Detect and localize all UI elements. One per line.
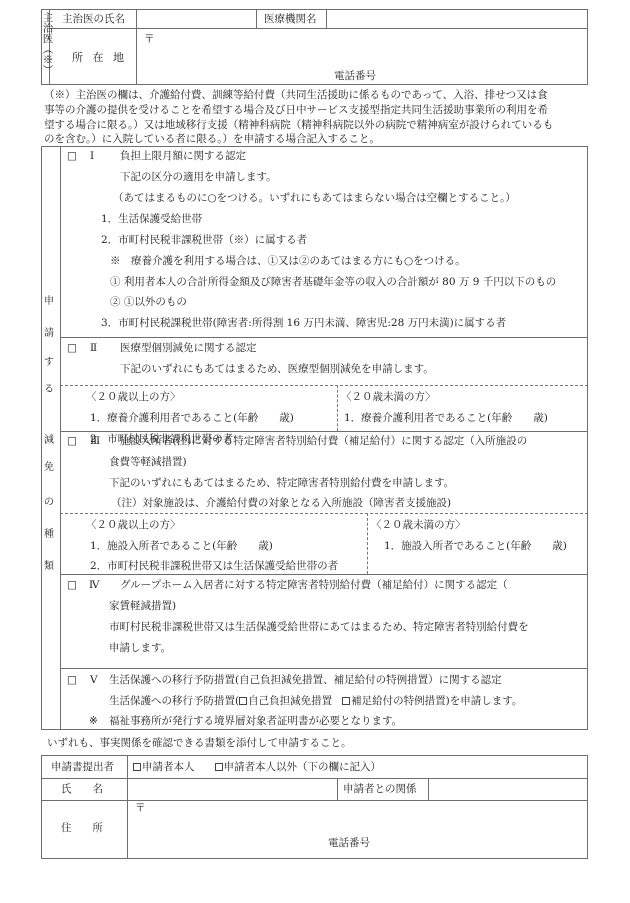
side-char: る [44, 385, 54, 395]
section-2-title: 医療型個別減免に関する認定 [120, 343, 257, 354]
side-char: 類 [44, 562, 54, 572]
section-4-line: 市町村民税非課税世帯又は生活保護受給世帯にあてはまるため、特定障害者特別給付費を [109, 622, 529, 633]
section-5-checkbox[interactable]: □ [67, 675, 77, 686]
divider [256, 9, 257, 28]
institution-label: 医療機関名 [264, 14, 317, 25]
doctor-name-label: 主治医の氏名 [62, 14, 125, 25]
institution-field[interactable] [327, 10, 587, 27]
option-supplement-label: 補足給付の特例措置 [351, 695, 446, 707]
submitter-self-label: 申請者本人 [142, 761, 195, 773]
submitter-address-field[interactable] [128, 801, 587, 858]
submitter-name-label: 氏 名 [61, 784, 103, 795]
section-4-title: グループホーム入居者に対する特定障害者特別給付費（補足給付）に関する認定（ [120, 580, 508, 591]
doctor-note-line: 望する場合に限る。）又は地域移行支援（精神科病院（精神科病院以外の病院で精神病室… [44, 120, 553, 131]
section-3-title: 施設入所者(注)に対する特定障害者特別給付費（補足給付）に関する認定（入所施設の [120, 436, 527, 447]
section-1-option-2[interactable]: 2．市町村民税非課税世帯（※）に属する者 [101, 235, 307, 246]
divider [60, 146, 61, 730]
section-3-line: 下記のいずれにもあてはまるため、特定障害者特別給付費を申請します。 [109, 478, 454, 489]
side-char: す [44, 358, 54, 368]
section-1-checkbox[interactable]: □ [67, 151, 77, 162]
section-3-checkbox[interactable]: □ [67, 436, 77, 447]
doctor-note-line: 事等の介護の提供を受けることを希望する場合及び日中サービス支援型指定共同生活援助… [44, 105, 548, 116]
doctor-phone-label: 電話番号 [334, 71, 376, 82]
side-char: 種 [44, 530, 54, 540]
section-1-line: 下記の区分の適用を申請します。 [120, 172, 277, 183]
side-char: の [44, 498, 54, 508]
postal-mark: 〒 [135, 803, 146, 814]
section-3-numeral: Ⅲ [90, 436, 100, 447]
section-1-line: （あてはまるものに○をつける。いずれにもあてはまらない場合は空欄とすること。） [113, 193, 516, 204]
dashed-divider [337, 385, 338, 431]
section-2-line: 下記のいずれにもあてはまるため、医療型個別減免を申請します。 [120, 364, 434, 375]
submitter-other-checkbox[interactable] [215, 763, 223, 771]
relation-field[interactable] [429, 779, 587, 799]
section-5-numeral: Ⅴ [90, 675, 98, 686]
doctor-side-label: 主治医（※） [42, 12, 53, 75]
section-3-left-item[interactable]: 1．施設入所者であること(年齢 歳) [90, 541, 273, 552]
divider [60, 337, 588, 338]
section-3-note: （注）対象施設は、介護給付費の対象となる入所施設（障害者支援施設) [111, 498, 451, 509]
section-1-suboption-1[interactable]: ① 利用者本人の合計所得金額及び障害者基礎年金等の収入の合計額が 80 万 9 … [110, 277, 556, 288]
side-char: 申 [44, 297, 54, 307]
section-3-left-heading: 〈２０歳以上の方〉 [86, 520, 181, 531]
dashed-divider [60, 385, 588, 386]
section-5-line-pre: 生活保護への移行予防措置( [109, 695, 239, 707]
relation-label: 申請者との関係 [343, 784, 417, 795]
dashed-divider [367, 513, 368, 574]
section-4-checkbox[interactable]: □ [67, 580, 77, 591]
section-2-right-item[interactable]: 1．療養介護利用者であること(年齢 歳) [344, 413, 548, 424]
section-3-left-item[interactable]: 2．市町村民税非課税世帯又は生活保護受給世帯の者 [90, 561, 338, 572]
section-5-title: 生活保護への移行予防措置(自己負担減免措置、補足給付の特例措置）に関する認定 [109, 675, 502, 686]
section-4-numeral: Ⅳ [89, 580, 100, 591]
section-5-note-mark: ※ [89, 716, 98, 727]
section-4-line: 申請します。 [109, 643, 171, 654]
section-3-right-item[interactable]: 1．施設入所者であること(年齢 歳) [384, 541, 567, 552]
section-2-left-heading: 〈２０歳以上の方〉 [86, 392, 181, 403]
section-3-right-heading: 〈２０歳未満の方〉 [371, 520, 466, 531]
side-char: 免 [44, 463, 54, 473]
submitter-self-checkbox[interactable] [133, 763, 141, 771]
divider [337, 778, 338, 800]
section-1-option-3[interactable]: 3．市町村民税課税世帯(障害者:所得割 16 万円未満、障害児:28 万円未満)… [101, 318, 506, 329]
side-char: 減 [44, 436, 54, 446]
section-3-title-cont: 食費等軽減措置) [109, 457, 187, 468]
option-self-burden-checkbox[interactable] [239, 697, 247, 705]
submitter-address-label: 住 所 [61, 823, 103, 834]
doctor-address-label: 所 在 地 [72, 52, 127, 63]
submitter-other-label: 申請者本人以外（下の欄に記入） [224, 761, 382, 773]
dashed-divider [60, 513, 588, 514]
side-char: 請 [44, 329, 54, 339]
option-supplement-checkbox[interactable] [342, 697, 350, 705]
postal-mark: 〒 [144, 34, 155, 45]
section-1-line: ※ 療養介護を利用する場合は、①又は②のあてはまる方にも○をつける。 [110, 256, 466, 267]
section-5-line-post: )を申請します。 [446, 695, 523, 707]
section-2-right-heading: 〈２０歳未満の方〉 [341, 392, 436, 403]
section-1-title: 負担上限月額に関する認定 [120, 151, 246, 162]
section-2-checkbox[interactable]: □ [67, 343, 77, 354]
section-2-numeral: Ⅱ [90, 343, 97, 354]
divider [60, 668, 588, 669]
section-4-title-cont: 家賃軽減措置) [109, 601, 176, 612]
divider [60, 574, 588, 575]
section-5-note: 福祉事務所が発行する境界層対象者証明書が必要となります。 [109, 716, 402, 727]
submitter-options: 申請者本人 申請者本人以外（下の欄に記入） [133, 762, 381, 773]
section-1-numeral: Ⅰ [90, 151, 94, 162]
doctor-note-line: （※）主治医の欄は、介護給付費、訓練等給付費（共同生活援助に係るものであって、入… [44, 90, 548, 101]
attach-note: いずれも、事実関係を確認できる書類を添付して申請すること。 [47, 738, 352, 749]
section-1-suboption-2[interactable]: ② ①以外のもの [110, 297, 187, 308]
doctor-name-field[interactable] [137, 10, 255, 27]
option-self-burden-label: 自己負担減免措置 [248, 695, 332, 707]
section-1-option-1[interactable]: 1．生活保護受給世帯 [101, 214, 202, 225]
submitter-phone-label: 電話番号 [328, 838, 370, 849]
divider [60, 431, 588, 432]
submitter-name-field[interactable] [128, 779, 336, 799]
section-5-line: 生活保護への移行予防措置(自己負担減免措置 補足給付の特例措置)を申請します。 [109, 696, 522, 707]
doctor-note-line: のを含む。）に入院している者に限る。）を申請する場合記入すること。 [44, 134, 380, 145]
submitter-label: 申請書提出者 [51, 762, 114, 773]
section-2-left-item[interactable]: 1．療養介護利用者であること(年齢 歳) [90, 413, 294, 424]
